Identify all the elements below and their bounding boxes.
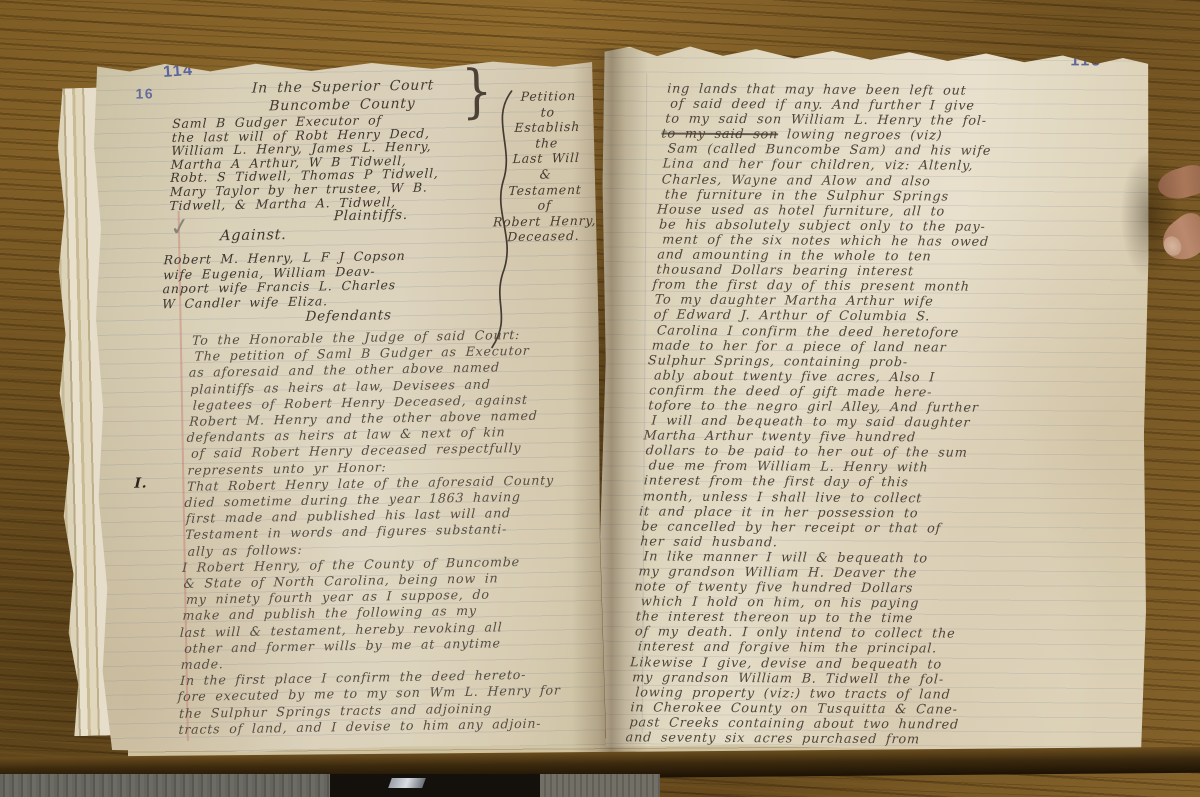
carpet bbox=[0, 774, 330, 797]
clerk-checkmark: ✓ bbox=[168, 211, 192, 242]
section-numeral-one: I. bbox=[134, 475, 148, 491]
defendants-caption-block: Robert M. Henry, L F J Copsonwife Eugeni… bbox=[162, 247, 494, 311]
petition-body-text: To the Honorable the Judge of said Court… bbox=[178, 325, 606, 738]
left-page: 12 114 16 In the Superior CourtBuncombe … bbox=[89, 54, 606, 755]
carpet bbox=[540, 774, 660, 797]
defendants-label: Defendants bbox=[305, 307, 392, 325]
plaintiffs-label: Plaintiffs. bbox=[333, 207, 408, 224]
photographer-hand bbox=[1146, 140, 1200, 290]
floor-strip bbox=[0, 774, 1200, 797]
book-gutter-shadow bbox=[572, 48, 648, 754]
will-text-continued: ing lands that may have been left outof … bbox=[628, 82, 1137, 749]
right-page: 115 ing lands that may have been left ou… bbox=[598, 43, 1151, 752]
jeans-leg bbox=[660, 774, 1085, 797]
shoe-under-table bbox=[330, 774, 540, 797]
court-caption-header: In the Superior CourtBuncombe County bbox=[217, 76, 468, 116]
photo-of-record-book: 12 114 16 In the Superior CourtBuncombe … bbox=[0, 0, 1200, 797]
corner-page-number-16: 16 bbox=[135, 85, 154, 101]
chrome-highlight bbox=[388, 778, 426, 788]
against-label: Against. bbox=[220, 227, 287, 244]
plaintiffs-caption-block: Saml B Gudger Executor ofthe last will o… bbox=[169, 112, 482, 213]
